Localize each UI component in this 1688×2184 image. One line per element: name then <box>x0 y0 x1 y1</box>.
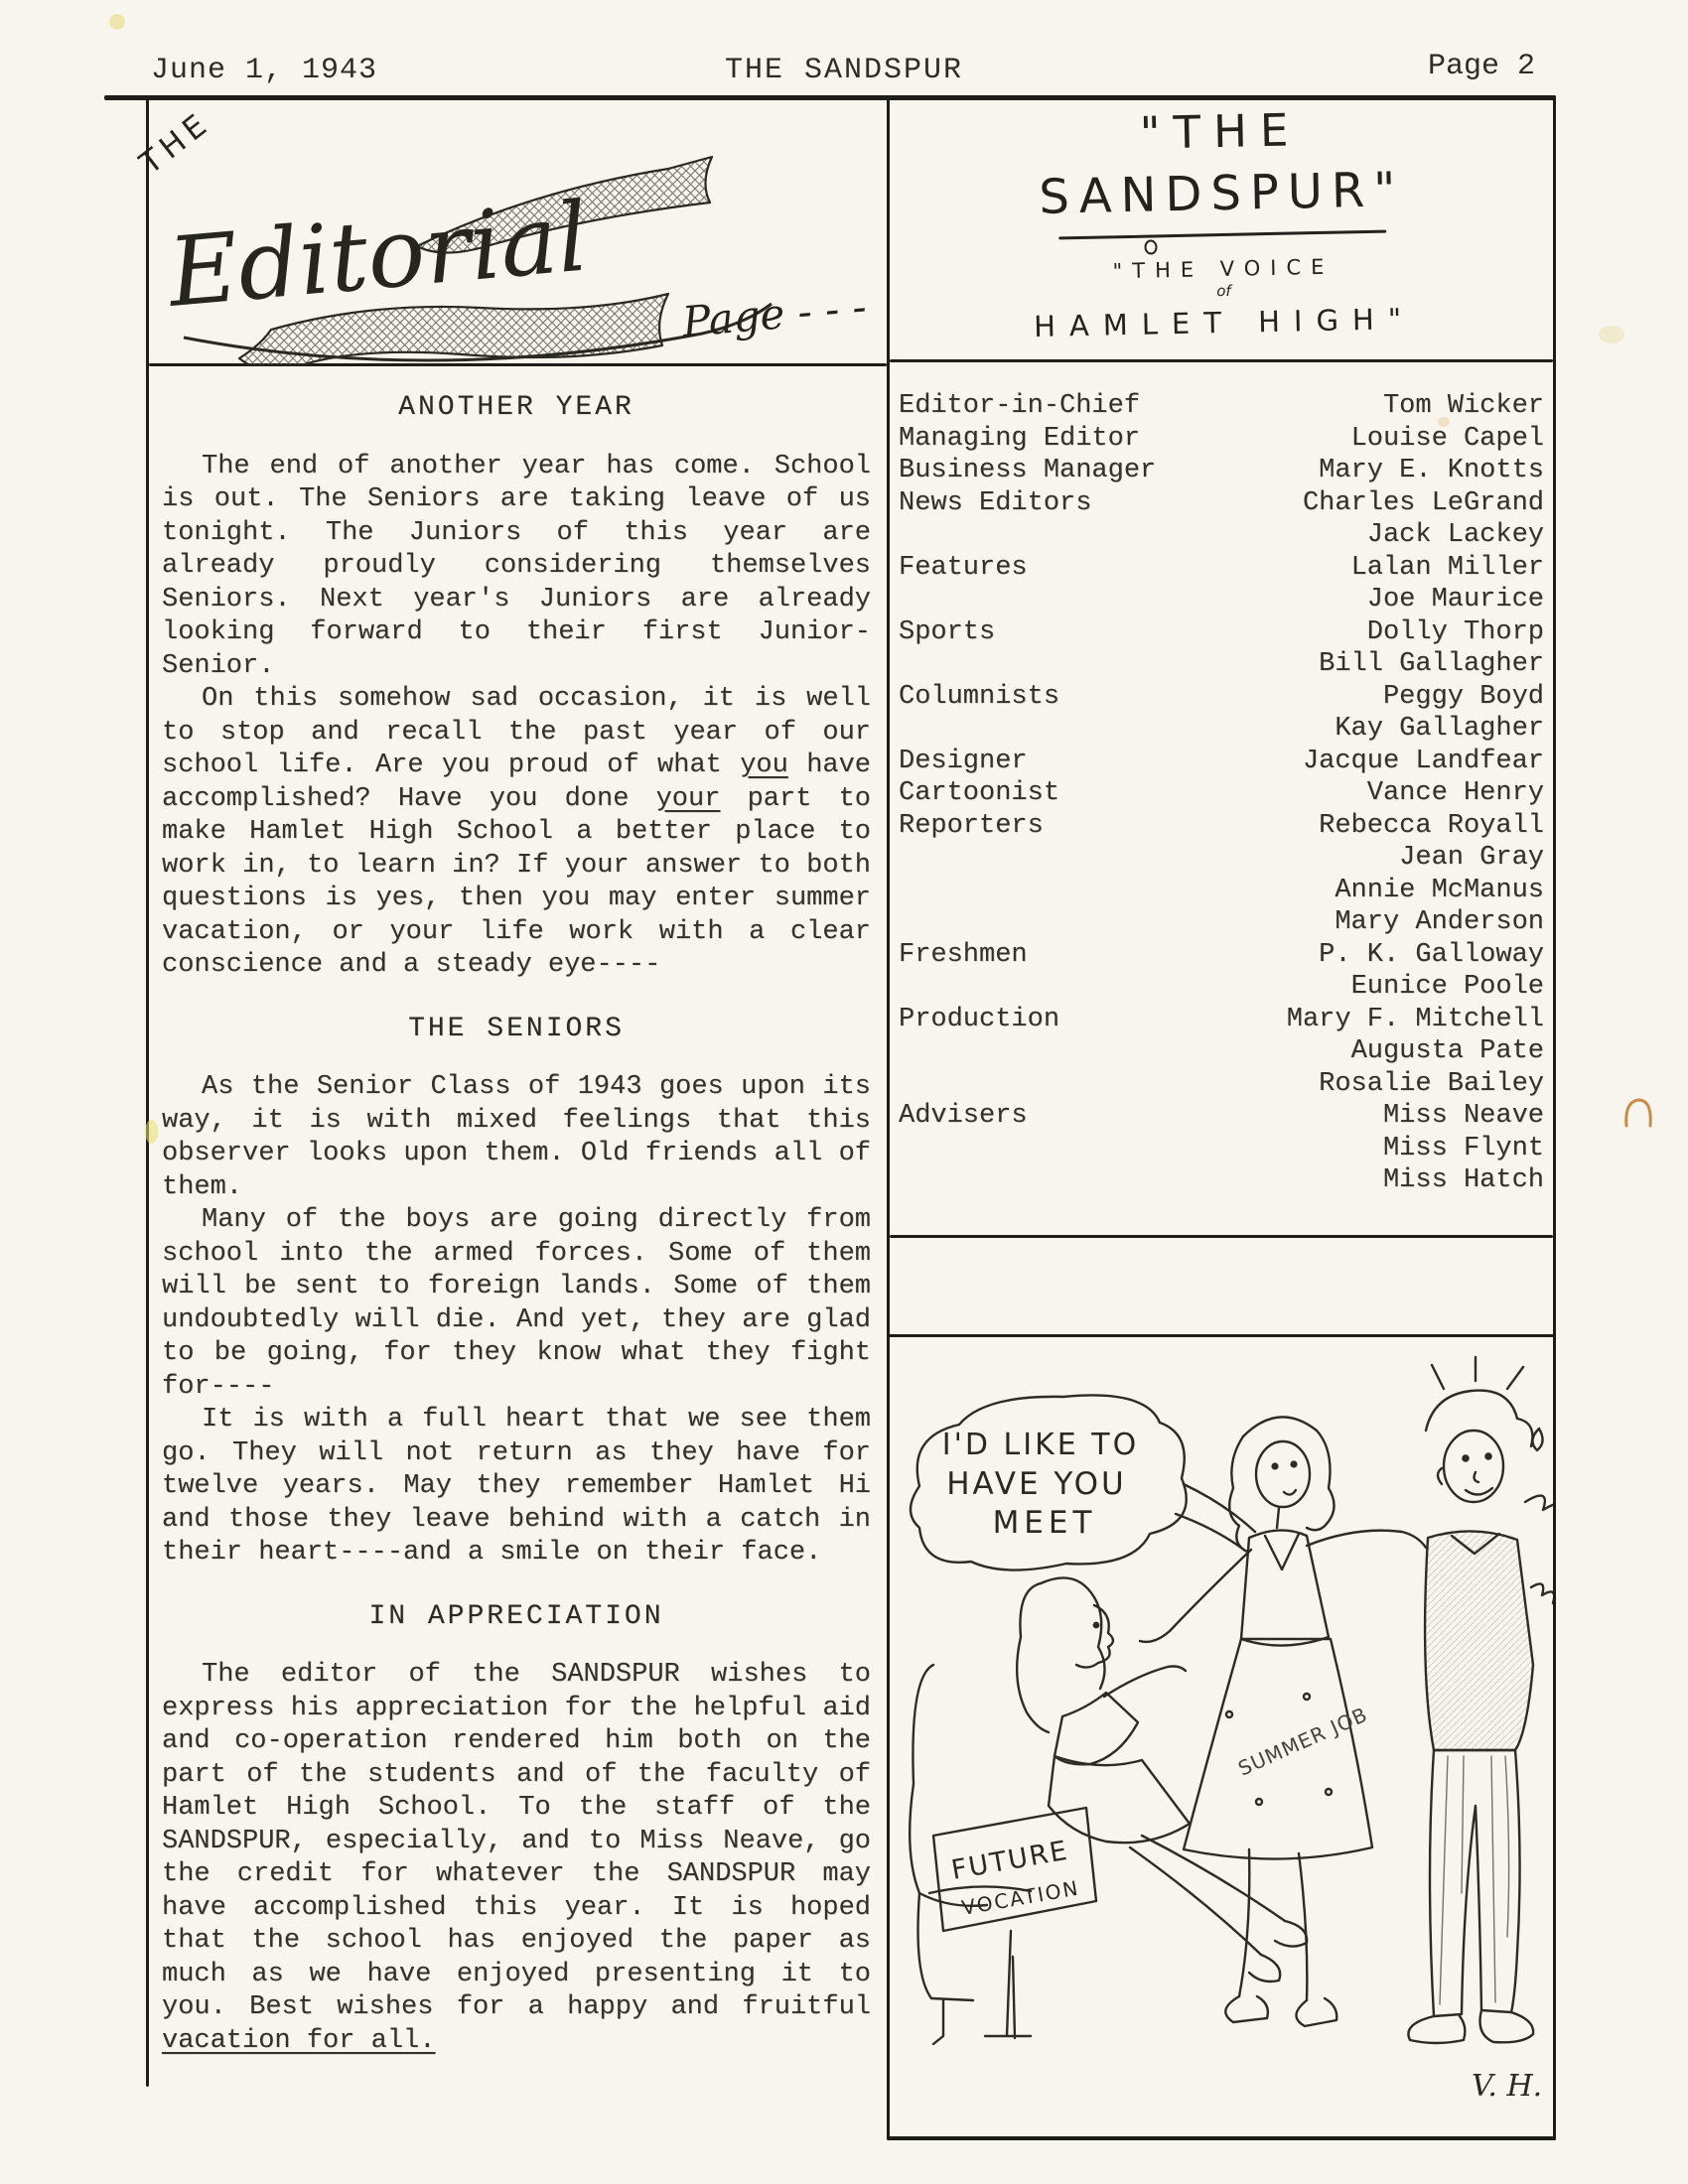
article-heading: THE SENIORS <box>162 1013 871 1046</box>
staff-name: Vance Henry <box>1367 778 1544 811</box>
staff-role: Advisers <box>899 1101 1028 1134</box>
staff-role: Sports <box>899 617 995 650</box>
staff-row: Jean Gray <box>899 843 1544 876</box>
masthead-school: HAMLET HIGH" <box>893 299 1557 346</box>
staff-name: P. K. Galloway <box>1319 940 1544 973</box>
staff-name: Jacque Landfear <box>1303 747 1544 779</box>
masthead-title: SANDSPUR" <box>890 159 1554 228</box>
bubble-line-3: MEET <box>993 1505 1097 1541</box>
staff-row: Augusta Pate <box>899 1036 1544 1069</box>
masthead-underline <box>1058 230 1386 240</box>
staff-row: ColumnistsPeggy Boyd <box>899 682 1544 715</box>
staff-row: SportsDolly Thorp <box>899 617 1544 650</box>
paper-stain <box>109 14 125 30</box>
staff-row: Joe Maurice <box>899 585 1544 617</box>
underlined-text: your <box>656 784 721 814</box>
sign-line-2: VOCATION <box>960 1875 1081 1919</box>
staff-name: Dolly Thorp <box>1367 617 1544 650</box>
staff-row: FeaturesLalan Miller <box>899 553 1544 586</box>
staff-role: Designer <box>899 747 1028 779</box>
staff-row: AdvisersMiss Neave <box>899 1101 1544 1134</box>
staff-role: Editor-in-Chief <box>899 391 1140 424</box>
sign-line-1: FUTURE <box>949 1836 1071 1886</box>
right-border <box>1553 95 1556 2140</box>
staff-name: Mary Anderson <box>1335 907 1544 940</box>
article-paragraph: As the Senior Class of 1943 goes upon it… <box>162 1071 871 1204</box>
staff-row: ReportersRebecca Royall <box>899 811 1544 844</box>
article-paragraph: On this somehow sad occasion, it is well… <box>162 683 871 983</box>
article-paragraph: It is with a full heart that we see them… <box>162 1404 871 1570</box>
staff-name: Joe Maurice <box>1367 585 1544 617</box>
staff-name: Mary F. Mitchell <box>1287 1005 1544 1037</box>
newspaper-page: June 1, 1943 THE SANDSPUR Page 2 Editori… <box>0 0 1688 2184</box>
staff-role: Columnists <box>899 682 1059 715</box>
article-heading: ANOTHER YEAR <box>162 391 871 425</box>
staff-name: Louise Capel <box>1351 424 1544 457</box>
staff-name: Kay Gallagher <box>1335 714 1544 747</box>
staff-name: Annie McManus <box>1335 876 1544 908</box>
staff-name: Rebecca Royall <box>1319 811 1544 844</box>
cartoonist-signature: V. H. <box>1472 2069 1542 2104</box>
staff-role: Managing Editor <box>899 424 1140 457</box>
paper-stain <box>1438 417 1450 427</box>
skirt-label: SUMMER JOB <box>1234 1703 1371 1781</box>
masthead-dot <box>1144 239 1157 254</box>
staff-row: FreshmenP. K. Galloway <box>899 940 1544 973</box>
staff-role: Freshmen <box>899 940 1028 973</box>
staff-row: CartoonistVance Henry <box>899 778 1544 811</box>
staff-row: DesignerJacque Landfear <box>899 747 1544 779</box>
article-paragraph: The editor of the SANDSPUR wishes to exp… <box>162 1659 871 2058</box>
underlined-text: vacation for all. <box>162 2026 435 2056</box>
staff-rule <box>890 1235 1553 1238</box>
cartoon-frame-bottom <box>887 2136 1556 2140</box>
article-paragraph: Many of the boys are going directly from… <box>162 1204 871 1404</box>
girl-figure <box>910 1577 1307 2044</box>
editorial-script-word: Editorial <box>162 181 592 329</box>
cartoon-drawing: I'D LIKE TO HAVE YOU MEET SUMMER JOB FUT… <box>890 1337 1553 2136</box>
staff-name: Bill Gallagher <box>1319 649 1544 682</box>
left-border <box>146 95 149 2087</box>
staff-name: Jack Lackey <box>1367 520 1544 553</box>
staff-row: Managing EditorLouise Capel <box>899 424 1544 457</box>
staff-row: Miss Hatch <box>899 1165 1544 1198</box>
staff-name: Lalan Miller <box>1351 553 1544 586</box>
staff-row: Bill Gallagher <box>899 649 1544 682</box>
staff-row: Jack Lackey <box>899 520 1544 553</box>
underlined-text: you <box>740 751 788 780</box>
cartoon-panel: I'D LIKE TO HAVE YOU MEET SUMMER JOB FUT… <box>890 1337 1553 2136</box>
staff-name: Charles LeGrand <box>1303 488 1544 521</box>
staff-name: Peggy Boyd <box>1383 682 1544 715</box>
staff-role: Reporters <box>899 811 1044 844</box>
woman-figure <box>1140 1417 1426 2026</box>
orange-pen-mark <box>1618 1092 1658 1137</box>
editorial-hand-art: Editorial THE Page - - - <box>114 99 889 365</box>
staff-row: Rosalie Bailey <box>899 1069 1544 1102</box>
boy-figure <box>1408 1357 1553 2043</box>
article-heading: IN APPRECIATION <box>162 1600 871 1634</box>
header-page-number: Page 2 <box>1428 50 1535 83</box>
paper-stain <box>145 1120 158 1144</box>
staff-name: Mary E. Knotts <box>1319 456 1544 488</box>
staff-name: Jean Gray <box>1399 843 1544 876</box>
staff-name: Rosalie Bailey <box>1319 1069 1544 1102</box>
staff-row: Business ManagerMary E. Knotts <box>899 456 1544 488</box>
staff-name: Tom Wicker <box>1383 391 1544 424</box>
staff-row: News EditorsCharles LeGrand <box>899 488 1544 521</box>
masthead-rule <box>890 359 1553 362</box>
staff-row: Annie McManus <box>899 876 1544 908</box>
staff-role: News Editors <box>899 488 1091 521</box>
bubble-line-1: I'D LIKE TO <box>942 1428 1139 1462</box>
paper-stain <box>1599 326 1624 343</box>
staff-list: Editor-in-ChiefTom WickerManaging Editor… <box>899 391 1544 1198</box>
staff-row: Kay Gallagher <box>899 714 1544 747</box>
staff-name: Eunice Poole <box>1351 972 1544 1005</box>
staff-row: Mary Anderson <box>899 907 1544 940</box>
sandspur-masthead: "THE SANDSPUR" "THE VOICE of HAMLET HIGH… <box>889 98 1557 346</box>
staff-role: Production <box>899 1005 1059 1037</box>
article-paragraph: The end of another year has come. School… <box>162 451 871 684</box>
staff-row: Miss Flynt <box>899 1134 1544 1166</box>
staff-name: Augusta Pate <box>1351 1036 1544 1069</box>
staff-role: Business Manager <box>899 456 1156 488</box>
staff-name: Miss Neave <box>1383 1101 1544 1134</box>
staff-role: Cartoonist <box>899 778 1059 811</box>
staff-row: Eunice Poole <box>899 972 1544 1005</box>
staff-role: Features <box>899 553 1028 586</box>
articles: ANOTHER YEARThe end of another year has … <box>162 383 871 2058</box>
bubble-line-2: HAVE YOU <box>946 1466 1127 1502</box>
staff-row: ProductionMary F. Mitchell <box>899 1005 1544 1037</box>
masthead-the: "THE <box>889 98 1553 165</box>
staff-name: Miss Hatch <box>1383 1165 1544 1198</box>
staff-name: Miss Flynt <box>1383 1134 1544 1166</box>
